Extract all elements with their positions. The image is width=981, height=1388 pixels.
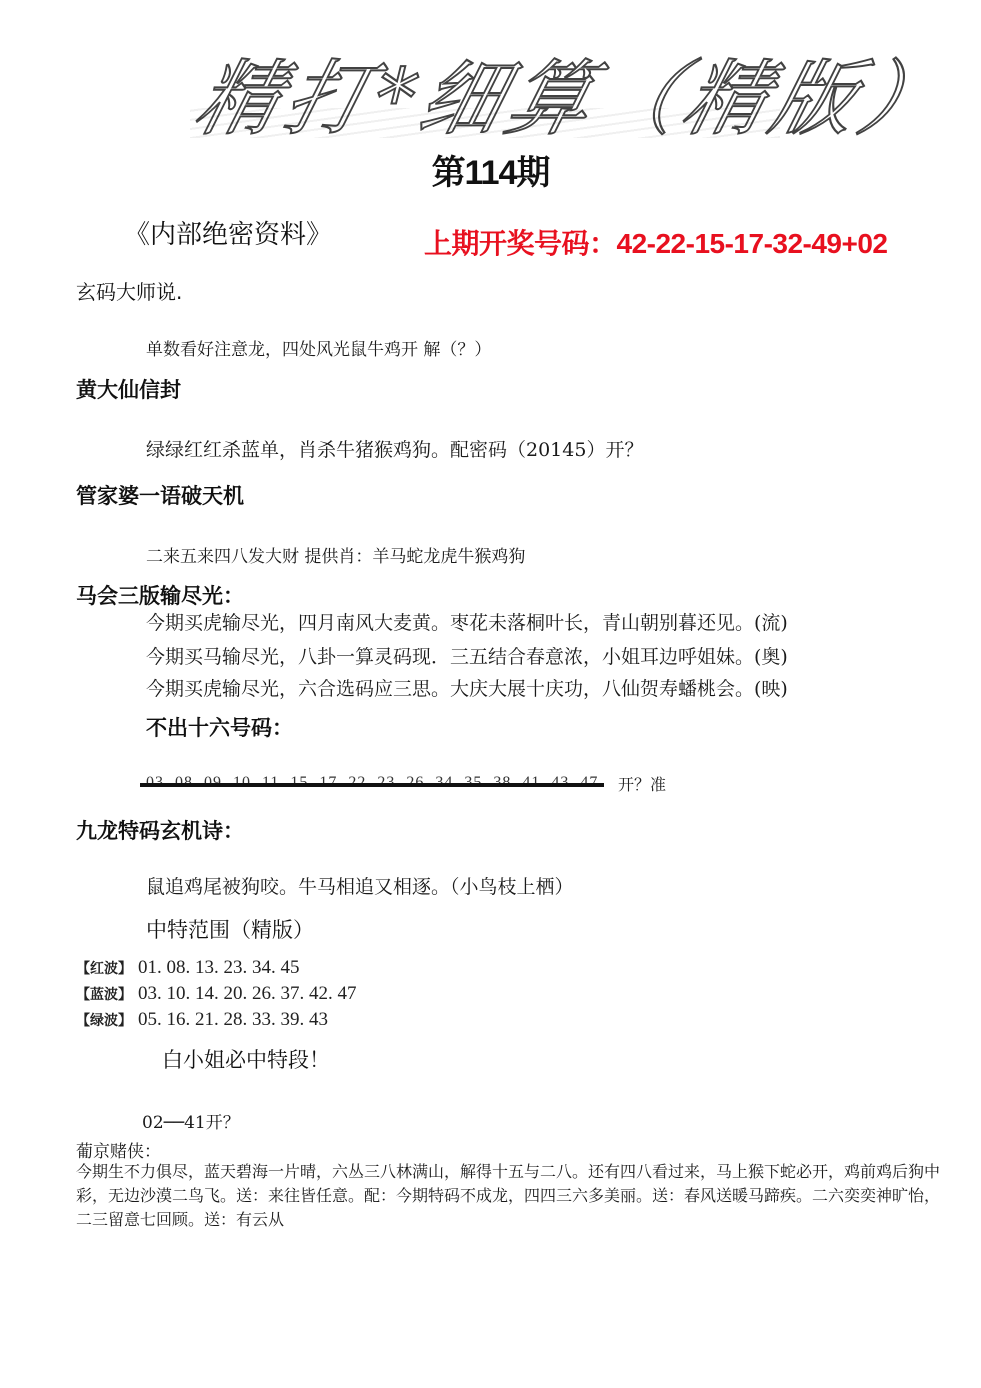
- wave-row-red: 【红波】01. 08. 13. 23. 34. 45: [76, 957, 300, 979]
- wave-tag-blue: 【蓝波】: [76, 987, 132, 1003]
- mahui-line-2: 今期买马输尽光，八卦一算灵码现．三五结合春意浓，小姐耳边呼姐妹。(奥): [146, 642, 788, 669]
- section-text-pujing: 今期生不力俱尽，蓝天碧海一片晴，六丛三八林满山，解得十五与二八。还有四八看过来，…: [76, 1160, 946, 1232]
- wave-row-blue: 【蓝波】03. 10. 14. 20. 26. 37. 42. 47: [76, 983, 357, 1005]
- section-title-buchu: 不出十六号码：: [146, 712, 293, 742]
- section-text-guanjiapo: 二来五来四八发大财 提供肖：羊马蛇龙虎牛猴鸡狗: [146, 542, 525, 567]
- wave-numbers-green: 05. 16. 21. 28. 33. 39. 43: [138, 1009, 328, 1030]
- wave-row-green: 【绿波】05. 16. 21. 28. 33. 39. 43: [76, 1009, 328, 1031]
- section-title-zhongte: 中特范围（精版）: [146, 914, 314, 944]
- banner-title: 精打*细算（精版）: [170, 28, 810, 138]
- struck-numbers-row: 03 08 09 10 11 15 17 22 23 26 34 35 38 4…: [146, 772, 598, 792]
- section-title-xuanma: 玄码大师说.: [76, 276, 182, 305]
- document-subtitle: 《内部绝密资料》: [124, 214, 332, 251]
- section-text-baixiaojie: 02──41开？: [142, 1108, 240, 1133]
- struck-numbers: 03 08 09 10 11 15 17 22 23 26 34 35 38 4…: [146, 774, 598, 792]
- banner-shadow-decoration: [190, 108, 780, 138]
- last-draw-numbers: 42-22-15-17-32-49+02: [617, 228, 888, 259]
- section-title-guanjiapo: 管家婆一语破天机: [76, 480, 244, 510]
- wave-numbers-red: 01. 08. 13. 23. 34. 45: [138, 957, 300, 978]
- last-draw-label: 上期开奖号码：: [424, 228, 617, 259]
- section-text-xuanma: 单数看好注意龙，四处风光鼠牛鸡开 解（？）: [146, 335, 491, 360]
- issue-number: 第114期: [0, 145, 981, 194]
- section-text-huangdaxian: 绿绿红红杀蓝单，肖杀牛猪猴鸡狗。配密码（20145）开？: [146, 435, 643, 462]
- wave-tag-green: 【绿波】: [76, 1013, 132, 1029]
- section-title-baixiaojie: 白小姐必中特段！: [162, 1044, 330, 1074]
- struck-numbers-tail: 开？准: [618, 772, 666, 795]
- last-draw-result: 上期开奖号码：42-22-15-17-32-49+02: [424, 222, 888, 262]
- mahui-line-1: 今期买虎输尽光，四月南风大麦黄。枣花未落桐叶长，青山朝别暮还见。(流): [146, 608, 788, 635]
- section-text-jiulong: 鼠追鸡尾被狗咬。牛马相追又相逐。（小鸟枝上栖）: [146, 872, 574, 899]
- wave-tag-red: 【红波】: [76, 961, 132, 977]
- mahui-line-3: 今期买虎输尽光，六合选码应三思。大庆大展十庆功，八仙贺寿蟠桃会。(映): [146, 674, 788, 701]
- section-title-mahui: 马会三版输尽光：: [76, 580, 244, 610]
- wave-numbers-blue: 03. 10. 14. 20. 26. 37. 42. 47: [138, 983, 357, 1004]
- section-title-pujing: 葡京赌侠：: [76, 1137, 161, 1162]
- strikethrough-bar: [140, 783, 604, 787]
- section-title-jiulong: 九龙特码玄机诗：: [76, 815, 244, 845]
- section-title-huangdaxian: 黄大仙信封: [76, 374, 181, 404]
